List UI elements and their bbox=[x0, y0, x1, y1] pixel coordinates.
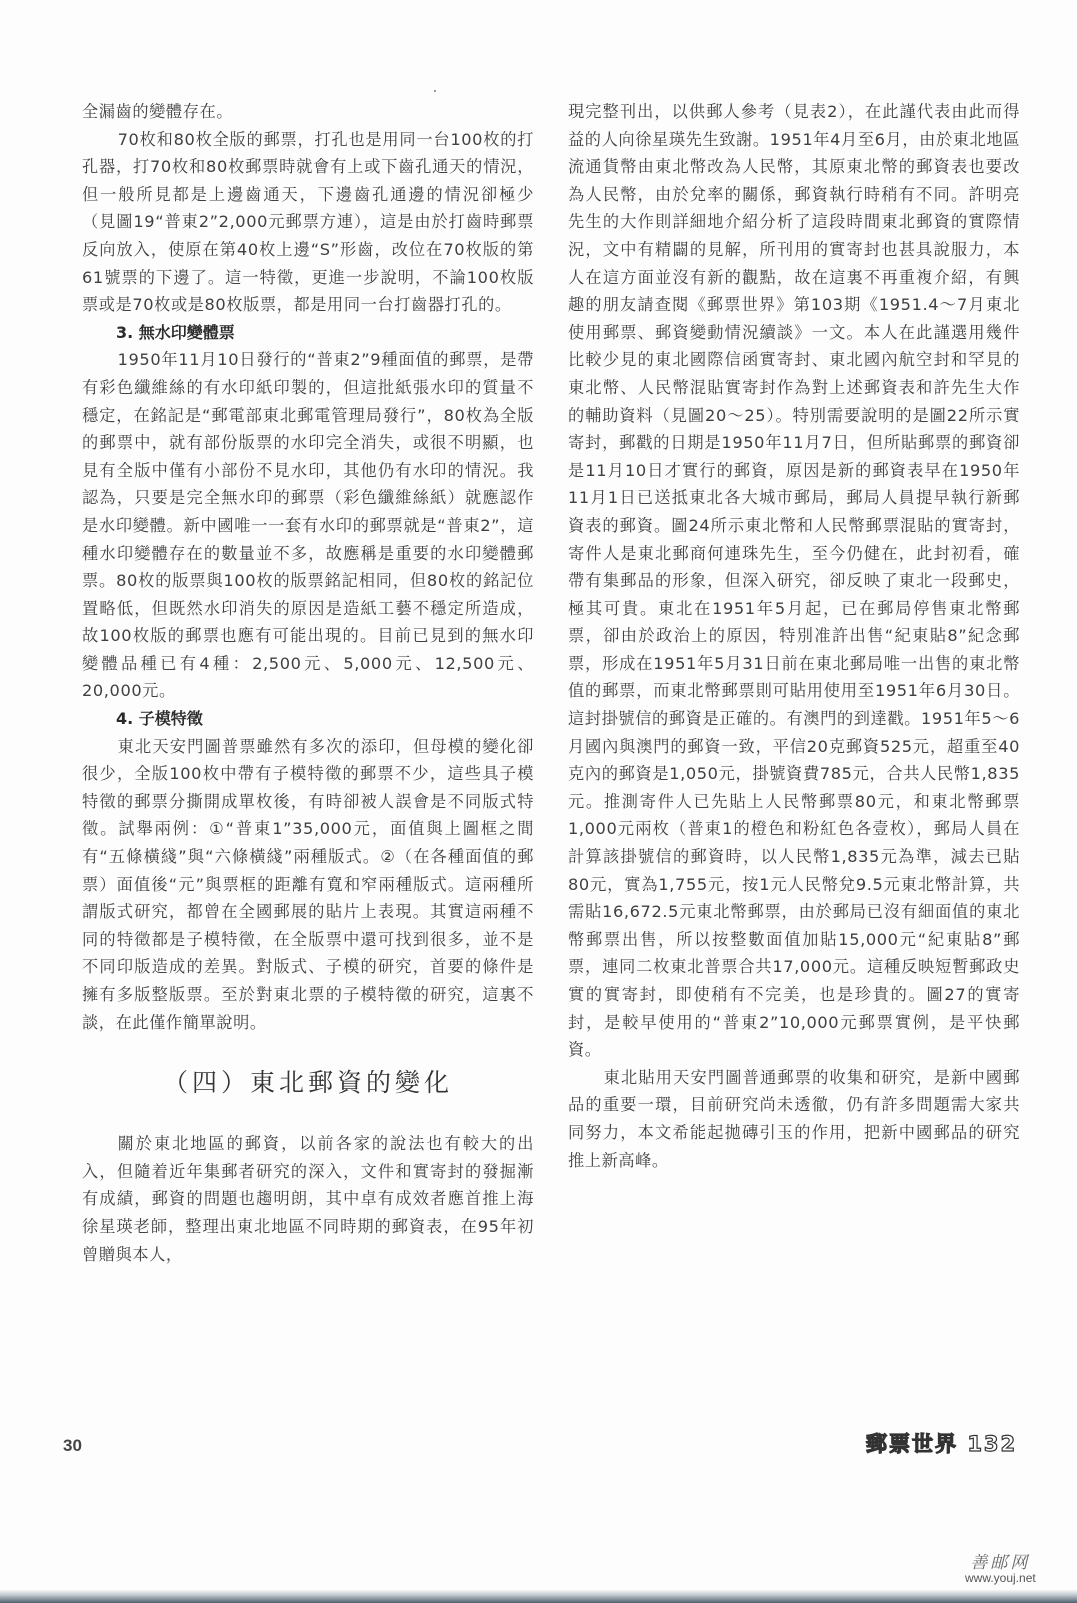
page-number: 30 bbox=[63, 1436, 82, 1456]
right-column: 現完整刊出，以供郵人參考（見表2），在此謹代表由此而得益的人向徐星瑛先生致謝。1… bbox=[568, 98, 1020, 1174]
running-footer: 郵票世界 132 bbox=[866, 1428, 1017, 1458]
issue-number: 132 bbox=[967, 1432, 1017, 1456]
paragraph: 全漏齒的變體存在。 bbox=[82, 98, 534, 126]
paragraph: 現完整刊出，以供郵人參考（見表2），在此謹代表由此而得益的人向徐星瑛先生致謝。1… bbox=[568, 98, 1020, 1064]
left-column: 全漏齒的變體存在。 70枚和80枚全版的郵票，打孔也是用同一台100枚的打孔器，… bbox=[82, 98, 534, 1268]
paragraph: 70枚和80枚全版的郵票，打孔也是用同一台100枚的打孔器，打70枚和80枚郵票… bbox=[82, 126, 534, 319]
subheading-no-watermark: 3. 無水印變體票 bbox=[82, 319, 534, 347]
watermark-site-name: 善邮网 bbox=[965, 1548, 1036, 1573]
paragraph: 東北貼用天安門圖普通郵票的收集和研究，是新中國郵品的重要一環，目前研究尚未透徹，… bbox=[568, 1064, 1020, 1174]
watermark-url: www.youj.net bbox=[965, 1571, 1036, 1585]
magazine-title: 郵票世界 bbox=[866, 1432, 958, 1456]
paragraph: 東北天安門圖普票雖然有多次的添印，但母模的變化卻很少，全版100枚中帶有子模特徵… bbox=[82, 733, 534, 1037]
scan-speck bbox=[434, 90, 436, 92]
scan-edge-band bbox=[0, 1589, 1077, 1603]
paragraph: 1950年11月10日發行的“普東2”9種面值的郵票，是帶有彩色纖維絲的有水印紙… bbox=[82, 346, 534, 705]
section-title: （四）東北郵資的變化 bbox=[82, 1066, 534, 1100]
paragraph: 關於東北地區的郵資，以前各家的說法也有較大的出入，但隨着近年集郵者研究的深入，文… bbox=[82, 1130, 534, 1268]
magazine-page: 全漏齒的變體存在。 70枚和80枚全版的郵票，打孔也是用同一台100枚的打孔器，… bbox=[0, 0, 1077, 1603]
site-watermark: 善邮网 www.youj.net bbox=[965, 1548, 1036, 1585]
subheading-sub-die: 4. 子模特徵 bbox=[82, 705, 534, 733]
